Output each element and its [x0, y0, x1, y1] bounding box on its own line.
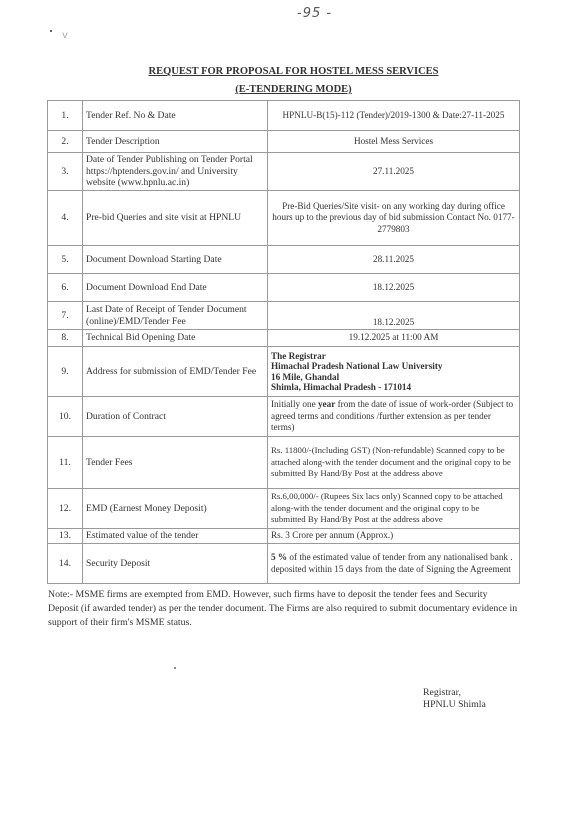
row-value: 5 % of the estimated value of tender fro…: [268, 544, 520, 584]
handwritten-page-number: -95 -: [297, 6, 332, 21]
table-row: 5. Document Download Starting Date 28.11…: [48, 246, 520, 274]
row-label: EMD (Earnest Money Deposit): [83, 489, 268, 529]
row-value: 19.12.2025 at 11:00 AM: [268, 330, 520, 347]
value-emphasis: year: [318, 399, 335, 409]
row-label: Date of Tender Publishing on Tender Port…: [83, 153, 268, 191]
row-value: Pre-Bid Queries/Site visit- on any worki…: [268, 191, 520, 246]
table-row: 10. Duration of Contract Initially one y…: [48, 397, 520, 437]
row-label: Last Date of Receipt of Tender Document …: [83, 302, 268, 330]
table-row: 7. Last Date of Receipt of Tender Docume…: [48, 302, 520, 330]
row-label: Address for submission of EMD/Tender Fee: [83, 347, 268, 397]
row-label: Document Download End Date: [83, 274, 268, 302]
row-label: Tender Description: [83, 131, 268, 153]
scan-speck: [174, 667, 176, 669]
row-number: 9.: [48, 347, 83, 397]
row-label: Tender Fees: [83, 437, 268, 489]
row-number: 10.: [48, 397, 83, 437]
row-label: Estimated value of the tender: [83, 529, 268, 544]
row-value: Hostel Mess Services: [268, 131, 520, 153]
document-title: REQUEST FOR PROPOSAL FOR HOSTEL MESS SER…: [0, 66, 587, 77]
tender-details-table: 1. Tender Ref. No & Date HPNLU-B(15)-112…: [47, 100, 520, 584]
signatory-title: Registrar,: [423, 687, 486, 699]
address-line: Himachal Pradesh National Law University: [271, 361, 516, 372]
address-line: The Registrar: [271, 351, 516, 362]
row-label: Document Download Starting Date: [83, 246, 268, 274]
row-number: 4.: [48, 191, 83, 246]
row-number: 6.: [48, 274, 83, 302]
address-line: 16 Mile, Ghandal: [271, 372, 516, 383]
row-number: 7.: [48, 302, 83, 330]
row-number: 11.: [48, 437, 83, 489]
row-number: 1.: [48, 101, 83, 131]
address-line: Shimla, Himachal Pradesh - 171014: [271, 382, 516, 393]
margin-mark: v: [62, 30, 68, 41]
msme-note: Note:- MSME firms are exempted from EMD.…: [48, 588, 518, 630]
table-row: 3. Date of Tender Publishing on Tender P…: [48, 153, 520, 191]
row-value: 18.12.2025: [268, 302, 520, 330]
table-row: 4. Pre-bid Queries and site visit at HPN…: [48, 191, 520, 246]
signatory-office: HPNLU Shimla: [423, 699, 486, 711]
row-label: Tender Ref. No & Date: [83, 101, 268, 131]
table-row: 2. Tender Description Hostel Mess Servic…: [48, 131, 520, 153]
table-row: 13. Estimated value of the tender Rs. 3 …: [48, 529, 520, 544]
row-label: Duration of Contract: [83, 397, 268, 437]
row-number: 2.: [48, 131, 83, 153]
value-text: Initially one: [271, 399, 318, 409]
row-value: 18.12.2025: [268, 274, 520, 302]
row-number: 14.: [48, 544, 83, 584]
row-value: Initially one year from the date of issu…: [268, 397, 520, 437]
submission-address: The Registrar Himachal Pradesh National …: [268, 347, 520, 397]
document-subtitle: (E-TENDERING MODE): [0, 84, 587, 95]
row-number: 12.: [48, 489, 83, 529]
table-row: 8. Technical Bid Opening Date 19.12.2025…: [48, 330, 520, 347]
row-number: 13.: [48, 529, 83, 544]
row-label: Pre-bid Queries and site visit at HPNLU: [83, 191, 268, 246]
value-emphasis: 5 %: [271, 552, 287, 562]
table-row: 1. Tender Ref. No & Date HPNLU-B(15)-112…: [48, 101, 520, 131]
table-row: 11. Tender Fees Rs. 11800/-(Including GS…: [48, 437, 520, 489]
row-number: 3.: [48, 153, 83, 191]
value-text: of the estimated value of tender from an…: [271, 552, 513, 574]
row-value: HPNLU-B(15)-112 (Tender)/2019-1300 & Dat…: [268, 101, 520, 131]
row-number: 8.: [48, 330, 83, 347]
signature-block: Registrar, HPNLU Shimla: [423, 687, 486, 711]
row-label: Technical Bid Opening Date: [83, 330, 268, 347]
table-row: 12. EMD (Earnest Money Deposit) Rs.6,00,…: [48, 489, 520, 529]
table-row: 9. Address for submission of EMD/Tender …: [48, 347, 520, 397]
scan-speck: [50, 30, 52, 32]
row-label: Security Deposit: [83, 544, 268, 584]
row-value: Rs. 11800/-(Including GST) (Non-refundab…: [268, 437, 520, 489]
row-value: Rs.6,00,000/- (Rupees Six lacs only) Sca…: [268, 489, 520, 529]
row-value: Rs. 3 Crore per annum (Approx.): [268, 529, 520, 544]
table-row: 14. Security Deposit 5 % of the estimate…: [48, 544, 520, 584]
row-value: 27.11.2025: [268, 153, 520, 191]
table-row: 6. Document Download End Date 18.12.2025: [48, 274, 520, 302]
row-number: 5.: [48, 246, 83, 274]
row-value: 28.11.2025: [268, 246, 520, 274]
